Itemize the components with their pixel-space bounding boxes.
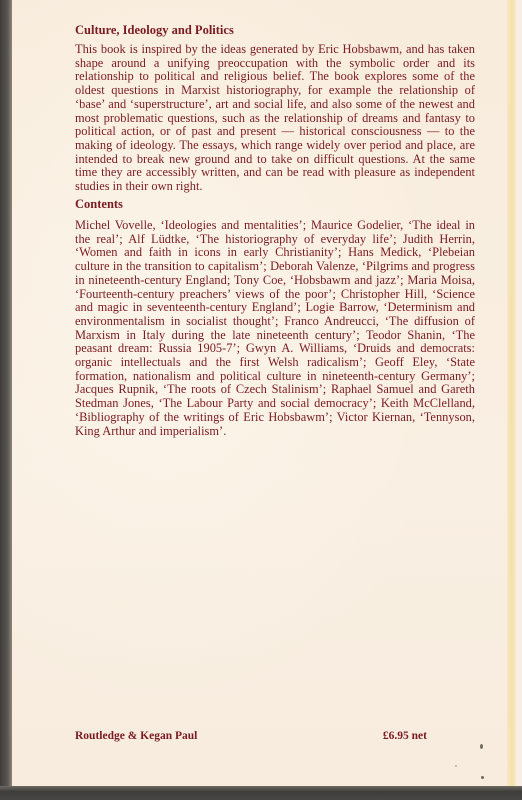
paper-speck xyxy=(455,765,457,767)
book-description: This book is inspired by the ideas gener… xyxy=(75,43,475,194)
contents-list: Michel Vovelle, ‘Ideologies and mentalit… xyxy=(75,219,475,438)
right-edge xyxy=(516,0,522,786)
contents-heading: Contents xyxy=(75,197,123,212)
price-label: £6.95 net xyxy=(383,730,427,742)
book-back-cover: Culture, Ideology and Politics This book… xyxy=(12,0,522,786)
paper-speck xyxy=(480,744,483,749)
spine-edge-strip xyxy=(507,0,516,786)
bottom-shadow xyxy=(0,786,522,800)
publisher-name: Routledge & Kegan Paul xyxy=(75,730,197,742)
paper-speck xyxy=(481,776,484,779)
book-title: Culture, Ideology and Politics xyxy=(75,23,234,38)
cover-footer: Routledge & Kegan Paul £6.95 net xyxy=(75,730,427,742)
